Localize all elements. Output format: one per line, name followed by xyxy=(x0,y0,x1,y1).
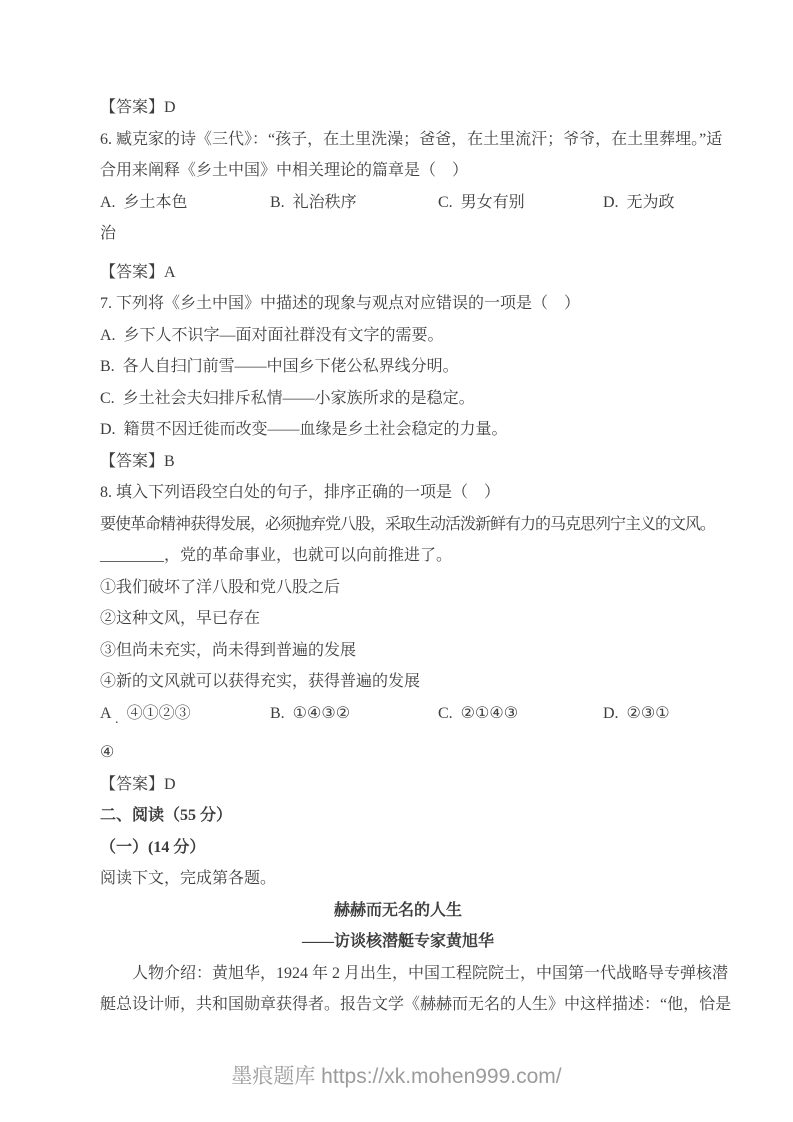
essay-title: 赫赫而无名的人生 xyxy=(100,895,696,927)
question-6-stem-line-1: 6. 臧克家的诗《三代》：“孩子，在土里洗澡；爸爸，在土里流汗；爷爷，在土里葬埋… xyxy=(100,124,696,156)
answer-line-q8: 【答案】D xyxy=(100,769,696,801)
reading-instruction: 阅读下文，完成第各题。 xyxy=(100,863,696,895)
question-7-option-c: C. 乡土社会夫妇排斥私情——小家族所求的是稳定。 xyxy=(100,383,696,415)
watermark-footer: 墨痕题库 https://xk.mohen999.com/ xyxy=(0,1060,793,1090)
question-8-sentence-1: ①我们破坏了洋八股和党八股之后 xyxy=(100,572,696,604)
question-6-option-d: D. 无为政 xyxy=(603,187,696,219)
question-7-stem: 7. 下列将《乡土中国》中描述的现象与观点对应错误的一项是（ ） xyxy=(100,288,696,320)
question-8-sentence-4: ④新的文风就可以获得充实，获得普遍的发展 xyxy=(100,666,696,698)
question-6-option-d-wrap: 治 xyxy=(100,218,696,250)
essay-subtitle: ——访谈核潜艇专家黄旭华 xyxy=(100,926,696,958)
question-8-passage-line-1: 要使革命精神获得发展，必须抛弃党八股，采取生动活泼新鲜有力的马克思列宁主义的文风… xyxy=(100,509,696,541)
answer-line-q6: 【答案】A xyxy=(100,257,696,289)
stray-period-mark: . xyxy=(115,713,119,727)
question-8-option-d: D. ②③① xyxy=(603,698,696,730)
question-8-option-a: A ④①②③ xyxy=(100,698,270,730)
question-7-option-a: A. 乡下人不识字—面对面社群没有文字的需要。 xyxy=(100,320,696,352)
answer-line-q7: 【答案】B xyxy=(100,446,696,478)
essay-paragraph-line-1: 人物介绍：黄旭华，1924 年 2 月出生，中国工程院院士，中国第一代战略导专弹… xyxy=(100,958,696,990)
question-6-option-c: C. 男女有别 xyxy=(438,187,603,219)
question-6-stem-line-2: 合用来阐释《乡土中国》中相关理论的篇章是（ ） xyxy=(100,155,696,187)
question-8-option-b: B. ①④③② xyxy=(270,698,438,730)
question-8-sentence-3: ③但尚未充实，尚未得到普遍的发展 xyxy=(100,635,696,667)
question-7-option-d: D. 籍贯不因迁徙而改变——血缘是乡土社会稳定的力量。 xyxy=(100,414,696,446)
answer-line-q5: 【答案】D xyxy=(100,92,696,124)
question-8-sentence-2: ②这种文风，早已存在 xyxy=(100,603,696,635)
essay-paragraph-line-2: 艇总设计师，共和国勋章获得者。报告文学《赫赫而无名的人生》中这样描述：“他，恰是 xyxy=(100,989,696,1021)
question-6-option-b: B. 礼治秩序 xyxy=(270,187,438,219)
question-8-options-row: A ④①②③ B. ①④③② C. ②①④③ D. ②③① xyxy=(100,698,696,730)
question-6-option-a: A. 乡土本色 xyxy=(100,187,270,219)
question-8-option-c: C. ②①④③ xyxy=(438,698,603,730)
section-2-heading: 二、阅读（55 分） xyxy=(100,800,696,832)
question-8-stem: 8. 填入下列语段空白处的句子，排序正确的一项是（ ） xyxy=(100,477,696,509)
question-8-option-d-wrap: ④ xyxy=(100,737,696,769)
section-2-part-heading: （一）(14 分） xyxy=(100,832,696,864)
question-6-options-row: A. 乡土本色 B. 礼治秩序 C. 男女有别 D. 无为政 xyxy=(100,187,696,219)
question-7-option-b: B. 各人自扫门前雪——中国乡下佬公私界线分明。 xyxy=(100,351,696,383)
question-8-passage-line-2: ________，党的革命事业，也就可以向前推进了。 xyxy=(100,540,696,572)
exam-document-page: 【答案】D 6. 臧克家的诗《三代》：“孩子，在土里洗澡；爸爸，在土里流汗；爷爷… xyxy=(0,0,793,1122)
document-content: 【答案】D 6. 臧克家的诗《三代》：“孩子，在土里洗澡；爸爸，在土里流汗；爷爷… xyxy=(100,92,696,1021)
